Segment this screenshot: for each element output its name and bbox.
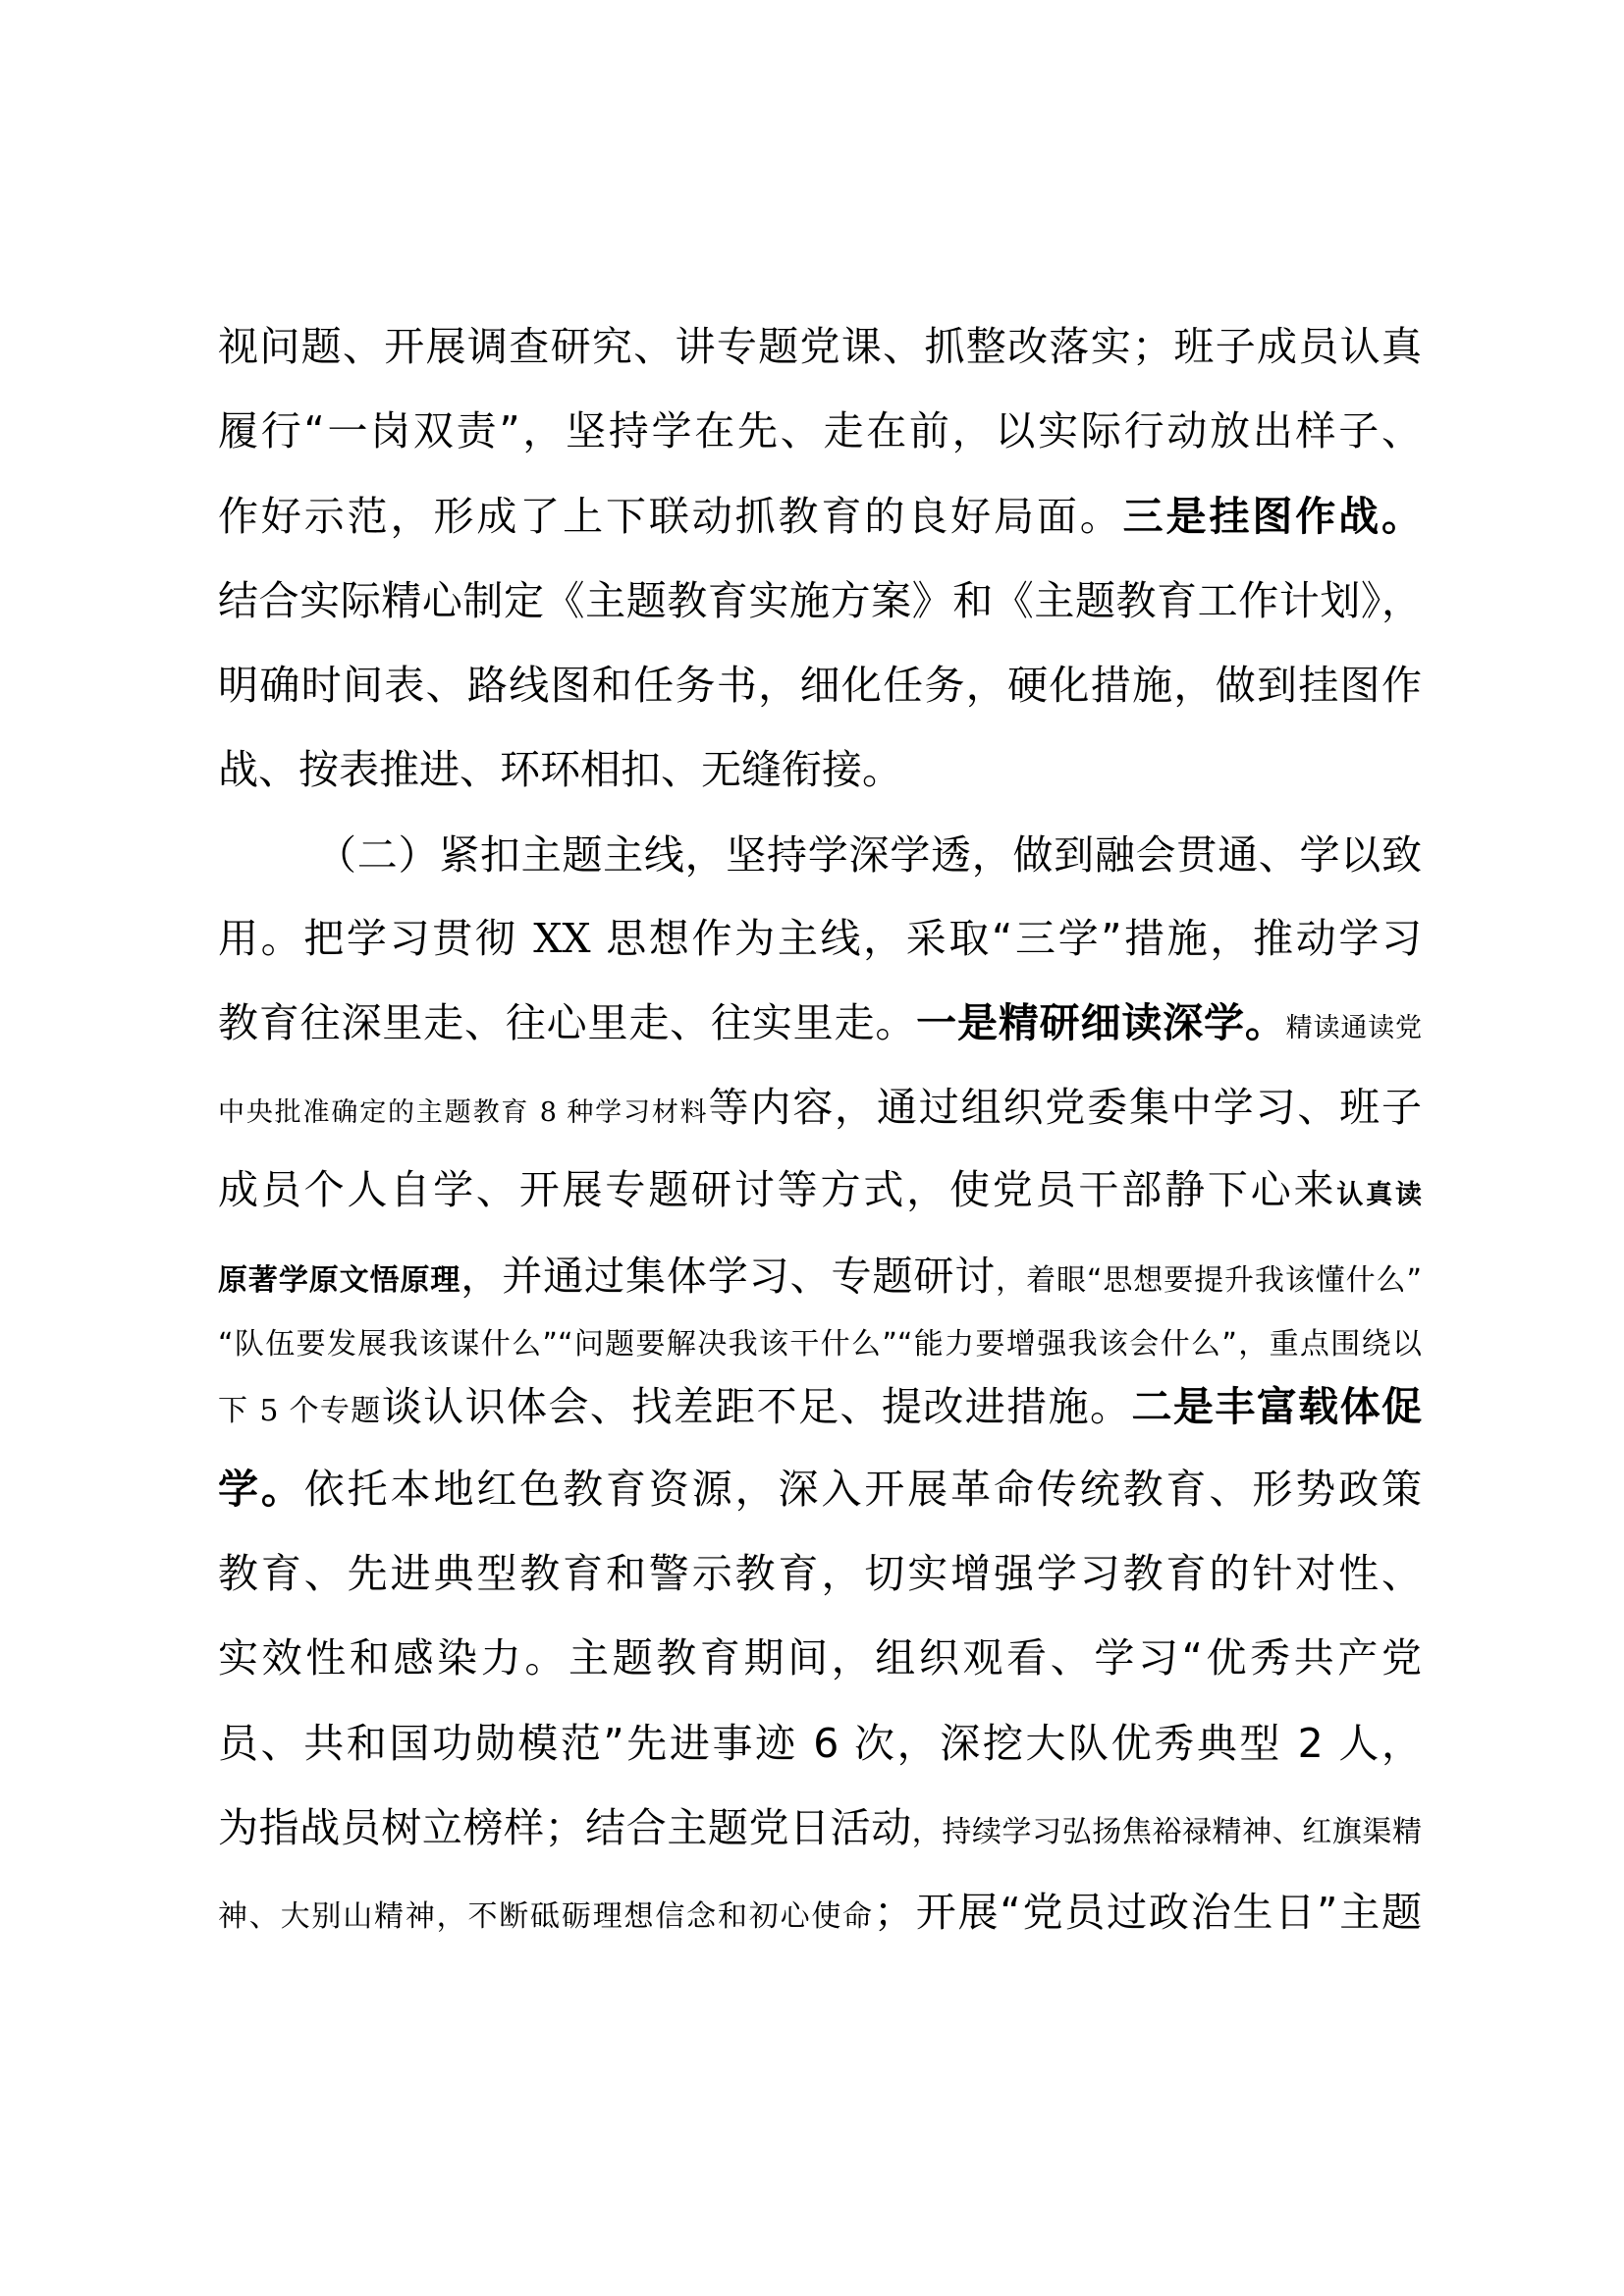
text-line: 战、按表推进、环环相扣、无缝衔接。 [218, 750, 1422, 790]
text-segment: 用。把学习贯彻 [218, 915, 518, 962]
text-segment: 实效性和感染力。主题教育期间，组织观看、学习“优秀共产党 [218, 1634, 1422, 1682]
text-line: “队伍要发展我该谋什么”“问题要解决我该干什么”“能力要增强我该会什么”，重点围… [218, 1330, 1422, 1360]
text-segment: ，并通过集体学习、专题研讨 [460, 1253, 996, 1300]
text-line: 教育往深里走、往心里走、往实里走。一是精研细读深学。精读通读党 [218, 1003, 1422, 1043]
text-segment: 神、大别山精神，不断砥砺理想信念和初心使命 [218, 1899, 874, 1934]
text-line: 视问题、开展调查研究、讲专题党课、抓整改落实；班子成员认真 [218, 327, 1422, 367]
document-page: 视问题、开展调查研究、讲专题党课、抓整改落实；班子成员认真履行“一岗双责”，坚持… [0, 0, 1624, 2296]
bold-text-segment: 二是丰富载体促 [1131, 1383, 1422, 1430]
text-segment: 教育往深里走、往心里走、往实里走。 [218, 999, 916, 1046]
text-segment: 5 [248, 1394, 289, 1428]
text-segment: 履行“一岗双责”，坚持学在先、走在前，以实际行动放出样子、 [218, 407, 1422, 454]
text-line: 实效性和感染力。主题教育期间，组织观看、学习“优秀共产党 [218, 1638, 1422, 1679]
text-segment: XX [518, 915, 607, 962]
text-segment: 精读通读党 [1286, 1013, 1422, 1043]
text-segment: 个专题 [289, 1394, 381, 1428]
bold-text-segment: 认真读 [1336, 1180, 1422, 1210]
text-segment: ，着眼“思想要提升我该懂什么” [996, 1263, 1422, 1298]
text-segment: 员、共和国功勋模范”先进事迹 6 次，深挖大队优秀典型 2 人， [218, 1720, 1422, 1767]
text-segment: 中央批准确定的主题教育 [218, 1097, 529, 1128]
text-segment: “队伍要发展我该谋什么”“问题要解决我该干什么”“能力要增强我该会什么”，重点围… [218, 1327, 1422, 1362]
text-segment: 等内容，通过组织党委集中学习、班子 [709, 1084, 1422, 1131]
text-line: 履行“一岗双责”，坚持学在先、走在前，以实际行动放出样子、 [218, 411, 1422, 452]
text-line: 员、共和国功勋模范”先进事迹 6 次，深挖大队优秀典型 2 人， [218, 1724, 1422, 1764]
text-line: 明确时间表、路线图和任务书，细化任务，硬化措施，做到挂图作 [218, 666, 1422, 706]
text-line: （二）紧扣主题主线，坚持学深学透，做到融会贯通、学以致 [316, 835, 1422, 876]
text-line: 为指战员树立榜样；结合主题党日活动，持续学习弘扬焦裕禄精神、红旗渠精 [218, 1808, 1422, 1848]
text-segment: 视问题、开展调查研究、讲专题党课、抓整改落实；班子成员认真 [218, 323, 1422, 370]
text-segment: 教育、先进典型教育和警示教育，切实增强学习教育的针对性、 [218, 1550, 1422, 1597]
text-segment: 下 [218, 1394, 248, 1428]
text-segment: 种学习材料 [567, 1097, 708, 1128]
bold-text-segment: 原著学原文悟原理 [218, 1263, 460, 1298]
text-segment: 谈认识体会、找差距不足、提改进措施。 [382, 1383, 1132, 1430]
text-segment: 为指战员树立榜样；结合主题党日活动 [218, 1804, 912, 1851]
bold-text-segment: 一是精研细读深学。 [916, 999, 1286, 1046]
text-segment: ，持续学习弘扬焦裕禄精神、红旗渠精 [912, 1815, 1422, 1849]
text-line: 用。把学习贯彻 XX 思想作为主线，采取“三学”措施，推动学习 [218, 919, 1422, 959]
text-line: 成员个人自学、开展专题研讨等方式，使党员干部静下心来认真读 [218, 1170, 1422, 1210]
text-line: 教育、先进典型教育和警示教育，切实增强学习教育的针对性、 [218, 1554, 1422, 1594]
text-segment: 思想作为主线，采取“三学”措施，推动学习 [606, 915, 1422, 962]
text-segment: 8 [529, 1097, 567, 1128]
text-segment: 成员个人自学、开展专题研讨等方式，使党员干部静下心来 [218, 1166, 1336, 1213]
text-segment: 依托本地红色教育资源，深入开展革命传统教育、形势政策 [304, 1466, 1422, 1513]
text-line: 结合实际精心制定《主题教育实施方案》和《主题教育工作计划》， [218, 581, 1422, 621]
text-segment: 结合实际精心制定《主题教育实施方案》和《主题教育工作计划》， [218, 577, 1422, 624]
text-line: 学。依托本地红色教育资源，深入开展革命传统教育、形势政策 [218, 1469, 1422, 1510]
text-segment: 战、按表推进、环环相扣、无缝衔接。 [218, 746, 902, 793]
text-segment: ；开展“党员过政治生日”主题 [874, 1889, 1422, 1936]
text-line: 中央批准确定的主题教育 8 种学习材料等内容，通过组织党委集中学习、班子 [218, 1088, 1422, 1128]
text-segment: 作好示范，形成了上下联动抓教育的良好局面。 [218, 493, 1123, 540]
text-line: 下 5 个专题谈认识体会、找差距不足、提改进措施。二是丰富载体促 [218, 1387, 1422, 1427]
bold-text-segment: 学。 [218, 1466, 304, 1513]
text-line: 原著学原文悟原理，并通过集体学习、专题研讨，着眼“思想要提升我该懂什么” [218, 1256, 1422, 1297]
text-line: 神、大别山精神，不断砥砺理想信念和初心使命；开展“党员过政治生日”主题 [218, 1893, 1422, 1933]
bold-text-segment: 三是挂图作战。 [1123, 493, 1422, 540]
text-segment: 明确时间表、路线图和任务书，细化任务，硬化措施，做到挂图作 [218, 662, 1422, 709]
text-line: 作好示范，形成了上下联动抓教育的良好局面。三是挂图作战。 [218, 497, 1422, 537]
text-segment: （二）紧扣主题主线，坚持学深学透，做到融会贯通、学以致 [316, 831, 1422, 879]
